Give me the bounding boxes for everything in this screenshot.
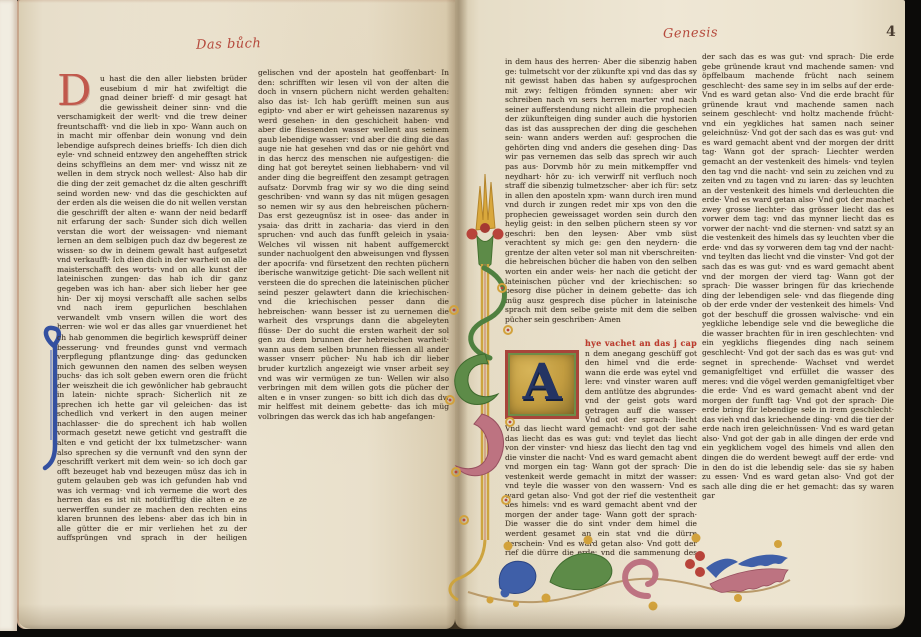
stem-foot-curl [450,540,485,600]
folio-number: 4 [886,24,896,40]
prologue-text-1: u hast die den aller liebsten brüder eus… [57,74,247,331]
manuscript-scan: Das bůch Genesis 4 D u hast die den alle… [0,0,921,637]
prologue-text-2: ch hab genommen die begirlich kewsprüff … [57,333,247,542]
floral-border-decoration [438,168,808,616]
pink-acanthus-leaf [456,414,504,476]
blue-flower-dot [501,589,510,598]
blue-feather-leaf [738,555,788,568]
left-column-1-paragraph-1: D u hast die den aller liebsten brüder e… [57,74,247,331]
pink-feather-leaf [710,569,788,593]
thistle-finial-ornament [467,174,504,268]
green-garland-leaf [550,554,612,590]
green-acanthus-leaf [455,354,498,405]
lombard-initial-d: D [57,75,97,108]
running-title-right: Genesis [663,25,719,41]
left-column-2: gelischen vnd der aposteln hat geoffenba… [258,68,449,546]
running-title-left: Das bůch [196,36,262,53]
flyleaf-edge [0,0,17,631]
red-berry-cluster [685,551,705,577]
prologue-text-3: gelischen vnd der aposteln hat geoffenba… [258,68,449,421]
page-bottom-shading [17,604,905,629]
left-column-1-paragraph-2: ch hab genommen die begirlich kewsprüff … [57,333,247,542]
